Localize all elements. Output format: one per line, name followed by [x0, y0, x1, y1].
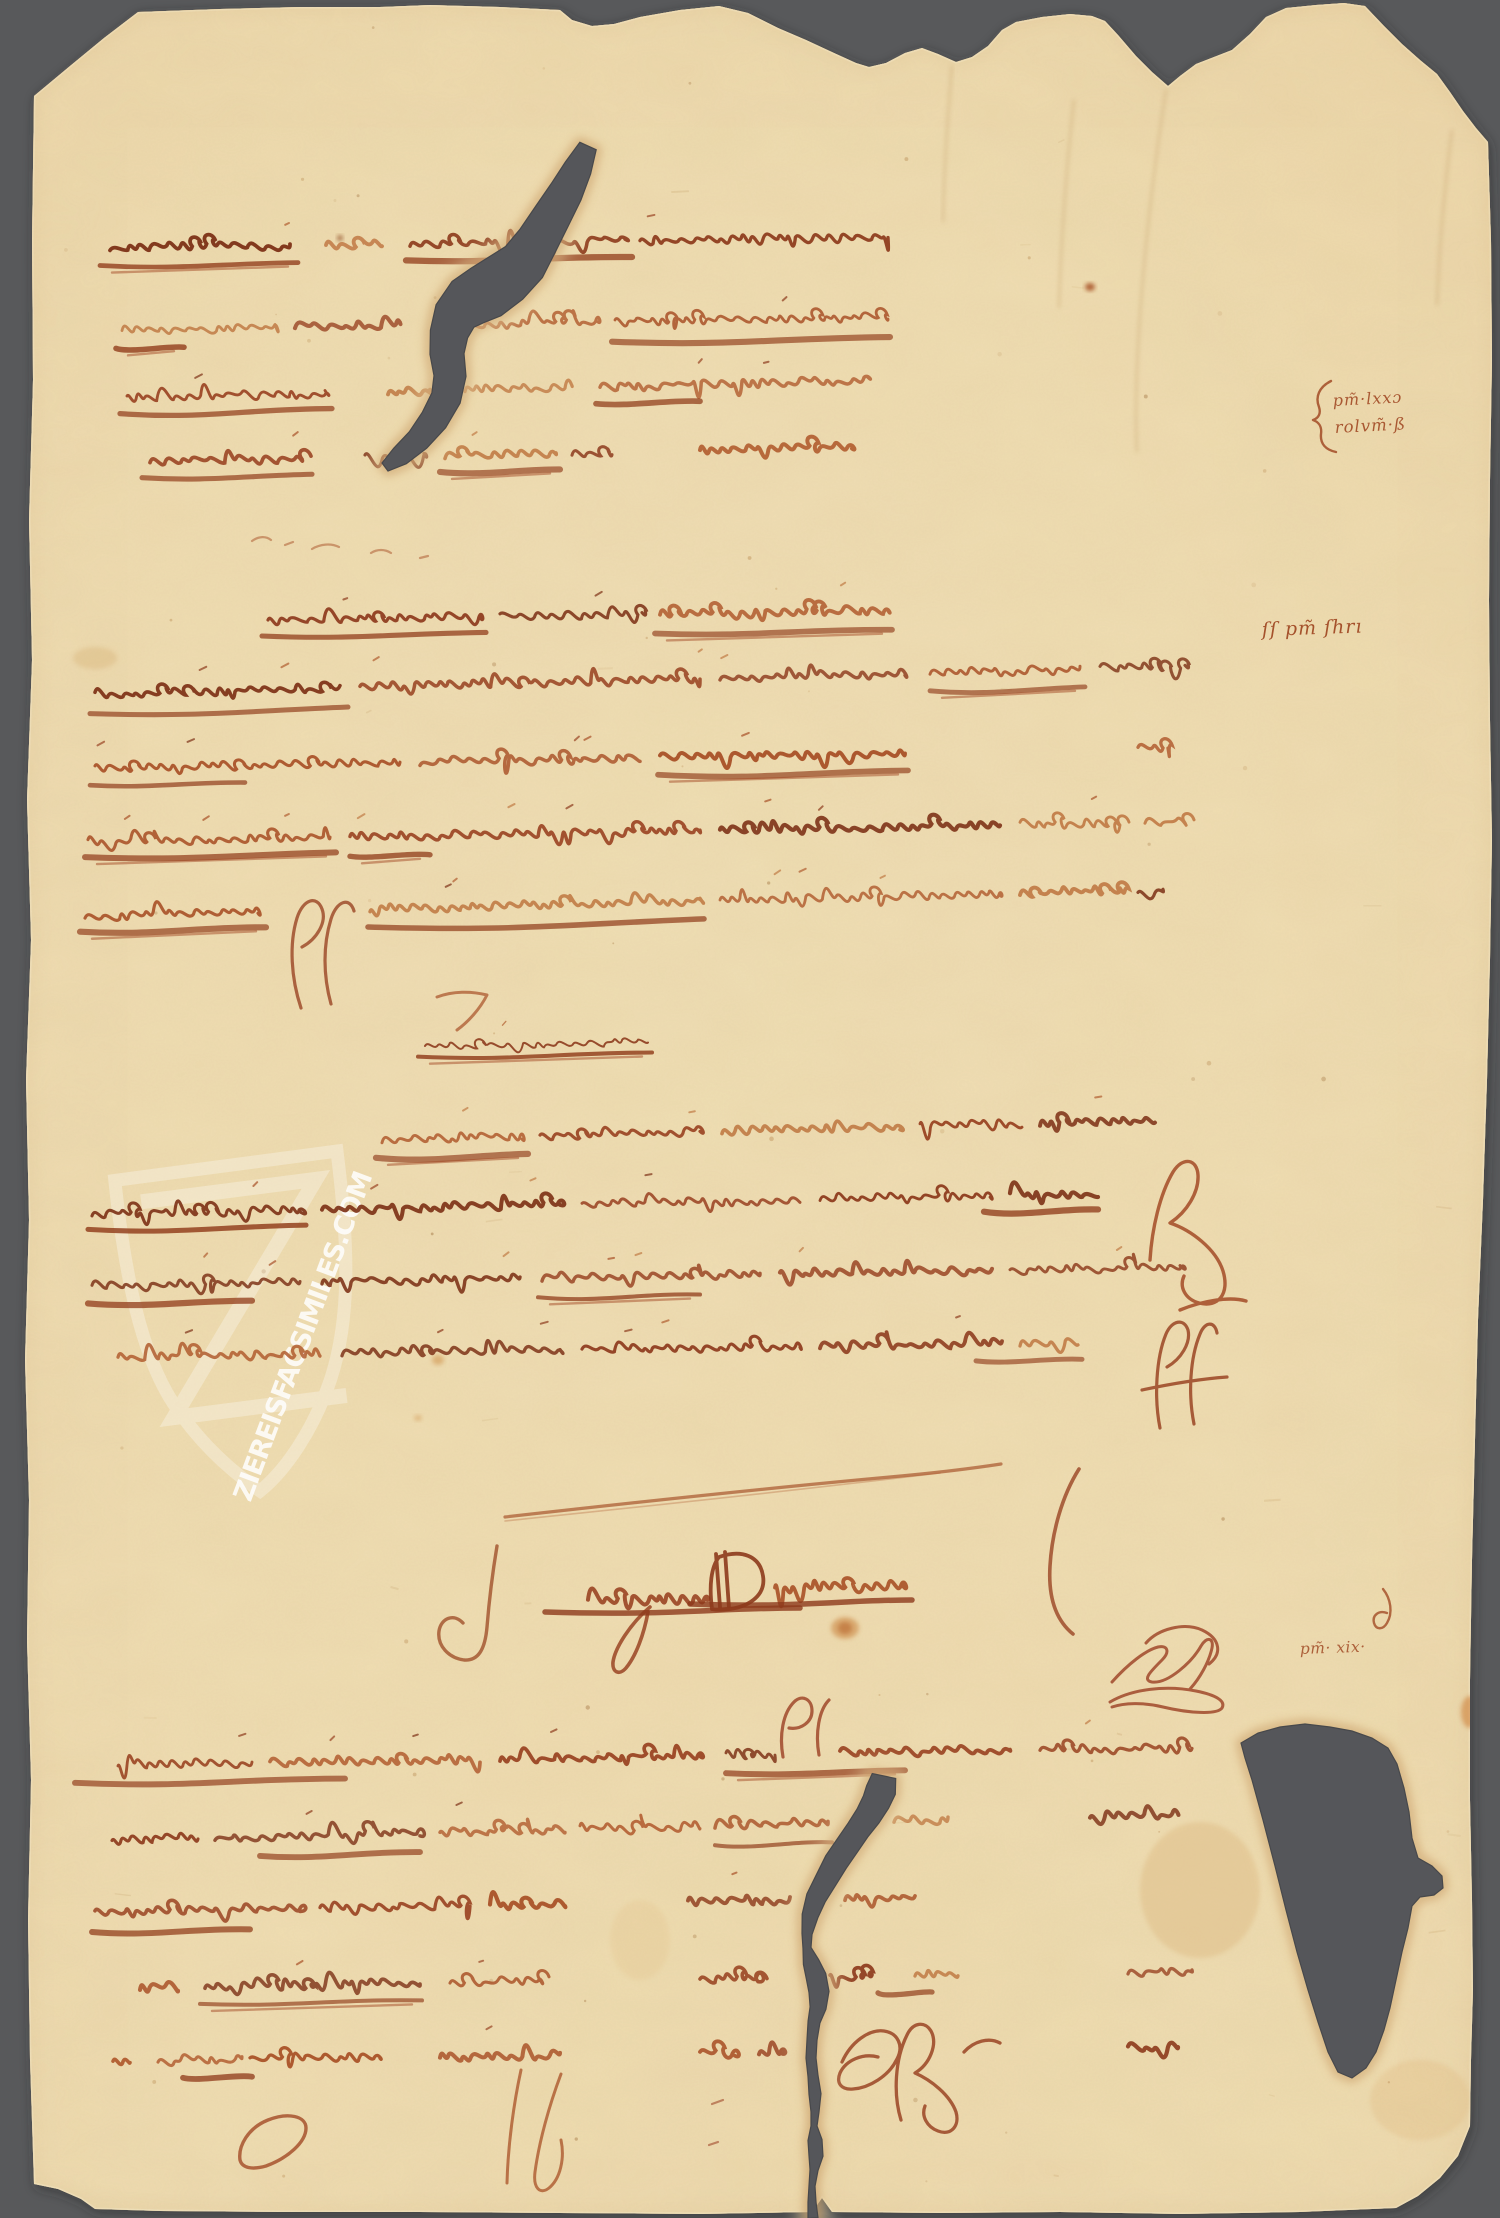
paper-speck — [388, 357, 391, 360]
paper-speck — [1191, 1077, 1195, 1081]
stain — [1370, 2060, 1470, 2140]
stain — [610, 1900, 670, 1980]
paper-speck — [693, 1934, 697, 1938]
margin-note-mid: ſſ pm̃ ſhrı — [1259, 615, 1362, 641]
stain — [1140, 1822, 1260, 1958]
paper-speck — [878, 1694, 880, 1696]
underline-stroke — [596, 401, 700, 405]
facsimile-image: ZIEREISFACSIMILES.COM pm̃·lxxɔ rolvm̃·ß … — [0, 0, 1500, 2218]
paper-speck — [940, 1129, 944, 1133]
paper-speck — [775, 588, 777, 590]
underline-stroke — [878, 1992, 932, 1995]
paper-speck — [170, 619, 173, 622]
paper-speck — [584, 2000, 586, 2002]
diacritic-mark — [689, 1111, 695, 1112]
paper-speck — [681, 765, 683, 767]
paper-speck — [586, 1705, 590, 1709]
paper-speck — [431, 1232, 434, 1235]
paper-speck — [1158, 1831, 1160, 1833]
paper-speck — [301, 178, 304, 181]
paper-speck — [493, 1032, 495, 1034]
paper-speck — [404, 1639, 408, 1643]
paper-fiber — [509, 1172, 522, 1173]
paper-speck — [612, 942, 614, 944]
diacritic-mark — [479, 1961, 483, 1962]
stain — [1085, 283, 1095, 291]
paper-speck — [1388, 2081, 1390, 2083]
paper-speck — [808, 690, 810, 692]
paper-fiber — [598, 668, 613, 669]
stain — [73, 647, 117, 669]
paper-speck — [1091, 1759, 1094, 1762]
diacritic-mark — [343, 598, 347, 599]
paper-speck — [1144, 395, 1148, 399]
underline-stroke — [183, 2076, 252, 2079]
paper-speck — [1221, 1517, 1224, 1520]
paper-speck — [1207, 1061, 1212, 1066]
margin-note-top-line2: rolvm̃·ß — [1334, 414, 1406, 437]
paper-speck — [997, 352, 1001, 356]
paper-speck — [152, 2080, 156, 2084]
paper-fiber — [1117, 1733, 1122, 1734]
paper-speck — [913, 2098, 918, 2103]
paper-speck — [334, 199, 337, 202]
underline-stroke — [350, 854, 430, 857]
stain — [414, 1415, 422, 1421]
paper-speck — [275, 314, 277, 316]
paper-speck — [1005, 2131, 1007, 2133]
paper-speck — [372, 26, 375, 29]
paper-fiber — [671, 191, 689, 192]
paper-speck — [368, 899, 371, 902]
diacritic-mark — [648, 215, 655, 216]
paper-speck — [1263, 469, 1267, 473]
paper-speck — [492, 662, 496, 666]
paper-speck — [769, 1137, 774, 1142]
paper-speck — [1321, 1077, 1326, 1082]
stain — [337, 235, 343, 241]
paper-speck — [646, 637, 648, 639]
paper-speck — [1218, 311, 1223, 316]
paper-fiber — [1054, 2175, 1059, 2176]
manuscript-scan: ZIEREISFACSIMILES.COM pm̃·lxxɔ rolvm̃·ß … — [0, 0, 1500, 2218]
paper-speck — [357, 194, 360, 197]
paper-speck — [925, 2180, 927, 2182]
diacritic-mark — [764, 362, 769, 363]
paper-speck — [154, 911, 157, 914]
paper-fiber — [1264, 1500, 1281, 1501]
margin-note-top-line1: pm̃·lxxɔ — [1332, 387, 1403, 410]
margin-note-low: pm̃· xix· — [1300, 1638, 1366, 1658]
paper-speck — [575, 2137, 578, 2140]
paper-speck — [120, 1446, 123, 1449]
paper-speck — [1447, 1830, 1450, 1833]
paper-speck — [282, 2175, 285, 2178]
paper-speck — [413, 1773, 417, 1777]
paper-speck — [767, 881, 770, 884]
diacritic-mark — [608, 1258, 614, 1259]
stain — [838, 1622, 852, 1634]
diacritic-mark — [645, 1174, 651, 1175]
paper-speck — [688, 82, 691, 85]
paper-speck — [543, 67, 546, 70]
underline-stroke — [116, 347, 184, 350]
paper-speck — [307, 339, 311, 343]
stain — [432, 1355, 444, 1365]
diacritic-mark — [1095, 1096, 1101, 1097]
paper-speck — [840, 1904, 843, 1907]
paper-speck — [1028, 256, 1031, 259]
paper-speck — [721, 1777, 724, 1780]
paper-speck — [1243, 766, 1247, 770]
paper-speck — [596, 1750, 600, 1754]
paper-speck — [926, 1693, 928, 1695]
paper-speck — [1147, 843, 1150, 846]
diacritic-mark — [956, 1316, 960, 1317]
paper-speck — [904, 157, 908, 161]
paper-speck — [64, 248, 68, 252]
paper-speck — [748, 556, 752, 560]
paper-speck — [1251, 583, 1256, 588]
